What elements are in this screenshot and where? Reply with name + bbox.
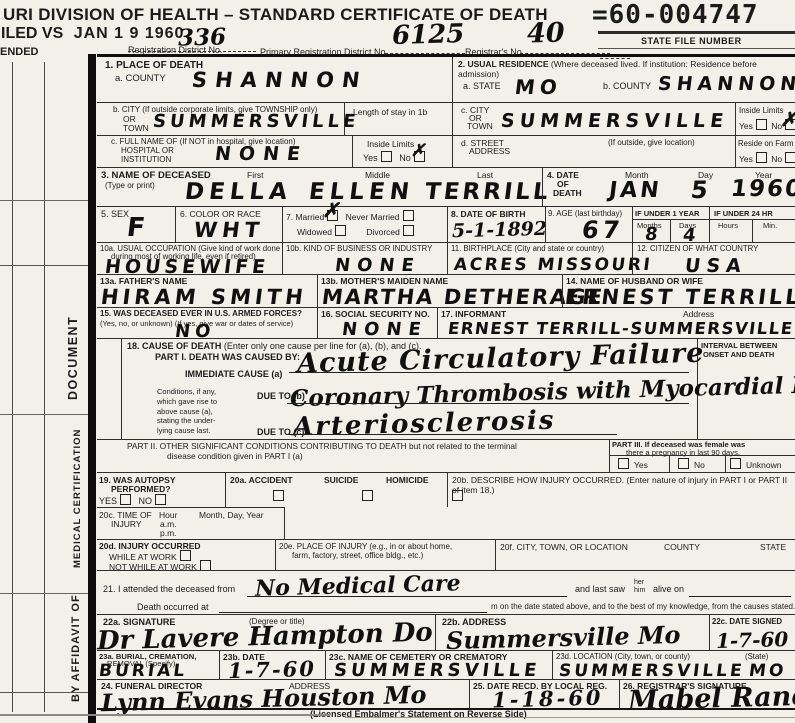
field-13b-mother: 13b. MOTHER'S MAIDEN NAME MARTHA DETHERA… bbox=[317, 274, 562, 307]
autopsy-yes-checkbox bbox=[120, 494, 131, 505]
state-file-number: =60-004747 bbox=[592, 0, 759, 30]
filed-stamp: ILED VS JAN 1 9 1960 bbox=[1, 25, 184, 43]
field-15-armed-forces: 15. WAS DECEASED EVER IN U.S. ARMED FORC… bbox=[97, 307, 317, 338]
inside-limits-boxes-1: Yes No✗ bbox=[363, 151, 430, 164]
under-24-hr-label: IF UNDER 24 HR bbox=[714, 209, 773, 218]
conditions-line-3: above cause (a), bbox=[157, 407, 257, 417]
sex-label: 5. SEX bbox=[101, 209, 129, 220]
field-under-1-year: IF UNDER 1 YEAR bbox=[632, 206, 709, 219]
inside-limits-label-2: Inside Limits bbox=[739, 106, 783, 116]
dob-value: 5-1-1892 bbox=[452, 218, 548, 242]
never-married-checkbox bbox=[403, 210, 414, 221]
cause-b-line bbox=[287, 403, 689, 404]
field-2c-inside-limits: Inside Limits Yes No✗ bbox=[735, 102, 795, 135]
cause-a-line bbox=[289, 372, 689, 373]
field-23d-cemetery-location: 23d. LOCATION (City, town, or county) (S… bbox=[552, 650, 795, 679]
month-day-year-label: Month, Day, Year bbox=[199, 510, 264, 520]
under-1-year-label: IF UNDER 1 YEAR bbox=[635, 209, 699, 218]
filed-stamp-date: JAN 1 9 1960 bbox=[74, 25, 185, 42]
informant-address-label: Address bbox=[683, 309, 714, 319]
field-2d-reside-on-farm: Reside on Farm Yes No bbox=[735, 135, 795, 167]
field-part3: PART III. If deceased was female was the… bbox=[609, 439, 795, 455]
certificate-title: URI DIVISION OF HEALTH – STANDARD CERTIF… bbox=[3, 5, 548, 25]
field-hours: Hours bbox=[709, 219, 752, 242]
date-signed-label: 22c. DATE SIGNED bbox=[712, 617, 782, 626]
state-file-rule-top bbox=[598, 31, 795, 34]
field-3-name-of-deceased: 3. NAME OF DECEASED (Type or print) Firs… bbox=[97, 167, 542, 206]
age-value: 67 bbox=[580, 216, 625, 244]
him-label: him bbox=[634, 587, 645, 595]
pregnancy-yes-label: Yes bbox=[634, 460, 648, 470]
field-22a-signature: 22a. SIGNATURE (Degree or title) Dr Lave… bbox=[97, 614, 435, 650]
pregnancy-no-checkbox bbox=[678, 458, 689, 469]
part3-unknown: Unknown bbox=[730, 458, 781, 470]
armed-forces-label-1: 15. WAS DECEASED EVER IN U.S. ARMED FORC… bbox=[100, 309, 302, 319]
field-1a-place-of-death: 1. PLACE OF DEATH a. COUNTY SHANNON bbox=[97, 57, 452, 102]
margin-line-2 bbox=[44, 62, 45, 712]
immediate-cause-label: IMMEDIATE CAUSE (a) bbox=[185, 369, 282, 380]
x-mark: ✗ bbox=[780, 107, 795, 131]
residence-county-label: b. COUNTY bbox=[603, 81, 651, 92]
field-24-funeral-director: 24. FUNERAL DIRECTOR ADDRESS Lynn Evans … bbox=[97, 679, 469, 708]
field-23b-burial-date: 23b. DATE 1-7-60 bbox=[219, 650, 325, 679]
ssn-value: NONE bbox=[341, 319, 429, 340]
filed-stamp-text: ILED VS bbox=[1, 25, 63, 42]
registrar-signature-value: Mabel Raney bbox=[628, 680, 795, 716]
hours-label: Hours bbox=[718, 221, 738, 230]
name-subtitle: (Type or print) bbox=[105, 181, 155, 191]
reg-district-value: 336 bbox=[178, 23, 227, 51]
field-25-date-received: 25. DATE RECD. BY LOCAL REG. 1-18-60 bbox=[469, 679, 619, 708]
field-20c-time-of-injury: 20c. TIME OF INJURY Hour a.m. p.m. Month… bbox=[97, 507, 285, 539]
margin-label-by-affidavit-of: BY AFFIDAVIT OF bbox=[70, 594, 82, 702]
spouse-value: ERNEST TERRILL bbox=[564, 285, 795, 309]
embalmer-note: (Licensed Embalmer's Statement on Revers… bbox=[310, 709, 527, 720]
suicide-label: SUICIDE bbox=[324, 475, 358, 485]
field-20d-injury-at-work: 20d. INJURY OCCURRED WHILE AT WORK NOT W… bbox=[97, 539, 275, 570]
conditions-line-2: which gave rise to bbox=[157, 397, 257, 407]
field-20a-accident: 20a. ACCIDENT SUICIDE HOMICIDE bbox=[225, 472, 447, 507]
autopsy-yes-label: YES bbox=[99, 496, 117, 506]
x-mark: ✗ bbox=[322, 198, 339, 222]
cause-inner-rule bbox=[121, 339, 122, 440]
cemetery-location-value: SUMMERSVILLE bbox=[558, 661, 746, 681]
field-8-date-of-birth: 8. DATE OF BIRTH 5-1-1892 bbox=[447, 206, 545, 242]
field-part2: PART II. OTHER SIGNIFICANT CONDITIONS CO… bbox=[97, 439, 609, 472]
autopsy-no-label: NO bbox=[139, 496, 153, 506]
cemetery-state-hint: (State) bbox=[745, 652, 768, 661]
scan-artifact-line-2 bbox=[345, 717, 795, 718]
marital-row-2: Widowed Divorced bbox=[297, 225, 419, 237]
reside-on-farm-boxes: Yes No bbox=[739, 152, 795, 164]
field-6-color-or-race: 6. COLOR OR RACE WHT bbox=[175, 206, 282, 242]
street-label-2: ADDRESS bbox=[469, 146, 510, 156]
field-part3-unknown: Unknown bbox=[725, 455, 795, 472]
married-checkbox: ✗ bbox=[327, 210, 338, 221]
accident-checkbox bbox=[273, 490, 284, 501]
cemetery-location-label: 23d. LOCATION (City, town, or county) bbox=[556, 652, 690, 661]
field-7-marital-status: 7. Married✗ Never Married Widowed Divorc… bbox=[282, 206, 447, 242]
cemetery-value: SUMMERSVILLE bbox=[333, 660, 542, 681]
pregnancy-unknown-label: Unknown bbox=[746, 460, 781, 470]
conditions-line-5: lying cause last. bbox=[157, 426, 257, 436]
state-value: MO bbox=[514, 75, 564, 99]
field-2c-city: c. CITY OR TOWN SUMMERSVILLE bbox=[452, 102, 735, 135]
dod-day-value: 5 bbox=[689, 176, 713, 204]
part3-yes: Yes bbox=[618, 458, 648, 470]
married-label: 7. Married bbox=[286, 212, 324, 222]
industry-label: 10b. KIND OF BUSINESS OR INDUSTRY bbox=[286, 244, 432, 253]
informant-value: ERNEST TERRILL-SUMMERSVILLE MO bbox=[447, 319, 795, 338]
interval-label-1: INTERVAL BETWEEN bbox=[701, 341, 777, 350]
min-label: Min. bbox=[763, 221, 777, 230]
field-9-age: 9. AGE (last birthday) 67 bbox=[545, 206, 632, 242]
field-1c-hospital: c. FULL NAME OF (If NOT in hospital, giv… bbox=[97, 135, 352, 167]
field-22b-address: 22b. ADDRESS Summersville Mo bbox=[435, 614, 709, 650]
father-value: HIRAM SMITH bbox=[100, 285, 309, 309]
informant-label: 17. INFORMANT bbox=[441, 309, 506, 319]
field-2d-street: d. STREET ADDRESS (If outside, give loca… bbox=[452, 135, 735, 167]
describe-injury-label: 20b. DESCRIBE HOW INJURY OCCURRED. (Ente… bbox=[452, 475, 790, 495]
birthplace-label: 11. BIRTHPLACE (City and state or countr… bbox=[451, 244, 604, 253]
hospital-label-3: INSTITUTION bbox=[121, 155, 171, 165]
dod-year-value: 1960 bbox=[729, 176, 795, 202]
yes-checkbox bbox=[381, 151, 392, 162]
form-left-border bbox=[88, 54, 96, 723]
state-file-label: STATE FILE NUMBER bbox=[641, 36, 742, 47]
part2-label-2: disease condition given in PART I (a) bbox=[167, 452, 303, 462]
burial-value: BURIAL bbox=[98, 661, 189, 681]
margin-hline-3 bbox=[0, 414, 96, 415]
field-4-date-of-death: 4. DATE OF DEATH Month Day Year JAN 5 19… bbox=[542, 167, 795, 206]
no-checkbox: ✗ bbox=[414, 151, 425, 162]
conditions-line-4: stating the under- bbox=[157, 416, 257, 426]
part3-no: No bbox=[678, 458, 705, 470]
field-11-birthplace: 11. BIRTHPLACE (City and state or countr… bbox=[447, 242, 632, 274]
birthplace-value: ACRES MISSOURI bbox=[453, 255, 654, 275]
never-married-label: Never Married bbox=[346, 212, 400, 222]
attended-line bbox=[247, 596, 567, 597]
field-1b-city: b. CITY (If outside corporate limits, gi… bbox=[97, 102, 344, 135]
causes-stated-label: m on the date stated above, and to the b… bbox=[491, 602, 795, 612]
no-checkbox bbox=[785, 152, 795, 163]
field-14-spouse: 14. NAME OF HUSBAND OR WIFE ERNEST TERRI… bbox=[562, 274, 795, 307]
field-23c-cemetery: 23c. NAME OF CEMETERY OR CREMATORY SUMME… bbox=[325, 650, 552, 679]
state-label: a. STATE bbox=[463, 81, 501, 92]
field-12-citizen: 12. CITIZEN OF WHAT COUNTRY USA bbox=[632, 242, 795, 274]
margin-label-medical-certification: MEDICAL CERTIFICATION bbox=[72, 429, 83, 568]
ssn-label: 16. SOCIAL SECURITY NO. bbox=[321, 309, 430, 319]
county-label: a. COUNTY bbox=[115, 73, 166, 84]
autopsy-label-2: PERFORMED? bbox=[111, 484, 171, 494]
primary-reg-district-value: 6125 bbox=[392, 19, 465, 51]
city-value: SUMMERSVILLE bbox=[152, 111, 361, 132]
homicide-label: HOMICIDE bbox=[386, 475, 429, 485]
field-20b-describe-injury: 20b. DESCRIBE HOW INJURY OCCURRED. (Ente… bbox=[447, 472, 795, 507]
alive-on-label: alive on bbox=[653, 584, 684, 595]
no-label: No bbox=[399, 153, 411, 163]
dod-month-value: JAN bbox=[607, 178, 663, 203]
field-months: Months 8 bbox=[632, 219, 670, 242]
reg-district-line bbox=[128, 51, 256, 52]
autopsy-boxes: YES NO bbox=[99, 494, 171, 507]
field-16-ssn: 16. SOCIAL SECURITY NO. NONE bbox=[317, 307, 437, 338]
city-town: TOWN bbox=[123, 123, 149, 133]
street-hint: (If outside, give location) bbox=[608, 138, 695, 148]
field-20f-injury-location: 20f. CITY, TOWN, OR LOCATION COUNTY STAT… bbox=[495, 539, 795, 570]
yes-label: Yes bbox=[363, 153, 378, 163]
alive-on-line bbox=[689, 596, 791, 597]
scan-artifact-line-1 bbox=[0, 714, 330, 716]
field-part3-no: No bbox=[669, 455, 725, 472]
margin-hline-1 bbox=[0, 200, 96, 201]
dod-label-3: DEATH bbox=[553, 188, 582, 198]
yes-label: Yes bbox=[739, 154, 753, 164]
state-file-rule-bottom bbox=[598, 48, 795, 49]
armed-forces-hint-1: (Yes, no, or unknown) bbox=[100, 319, 173, 328]
marital-row-1: 7. Married✗ Never Married bbox=[286, 210, 419, 222]
registrar-no-value: 40 bbox=[527, 18, 565, 50]
divorced-checkbox bbox=[403, 225, 414, 236]
autopsy-no-checkbox bbox=[155, 494, 166, 505]
widowed-label: Widowed bbox=[297, 227, 332, 237]
injury-city-label: 20f. CITY, TOWN, OR LOCATION bbox=[500, 542, 628, 552]
amended-stamp: ENDED bbox=[0, 46, 39, 58]
yes-checkbox bbox=[756, 119, 767, 130]
citizen-label: 12. CITIZEN OF WHAT COUNTRY bbox=[637, 244, 758, 253]
no-checkbox: ✗ bbox=[785, 119, 795, 130]
county-value: SHANNON bbox=[191, 68, 369, 92]
field-1c-inside-limits: Inside Limits Yes No✗ bbox=[352, 135, 452, 167]
field-20e-place-of-injury: 20e. PLACE OF INJURY (e.g., in or about … bbox=[275, 539, 495, 570]
margin-label-document: DOCUMENT bbox=[66, 316, 80, 400]
hospital-value: NONE bbox=[214, 143, 310, 165]
widowed-checkbox bbox=[335, 225, 346, 236]
divorced-label: Divorced bbox=[366, 227, 400, 237]
suicide-checkbox bbox=[362, 490, 373, 501]
pm-label: p.m. bbox=[160, 528, 177, 538]
place-of-injury-label-2: farm, factory, street, office bldg., etc… bbox=[292, 551, 423, 561]
accident-label: 20a. ACCIDENT bbox=[230, 475, 293, 485]
margin-hline-2 bbox=[0, 265, 96, 266]
time-of-injury-label-2: INJURY bbox=[111, 519, 142, 529]
conditions-line-1: Conditions, if any, bbox=[157, 387, 257, 397]
field-19-autopsy: 19. WAS AUTOPSY PERFORMED? YES NO bbox=[97, 472, 225, 507]
inside-limits-label-1: Inside Limits bbox=[367, 139, 414, 149]
first-name-value: DELLA bbox=[183, 179, 293, 205]
cause-title-b: 18. CAUSE OF DEATH bbox=[127, 341, 221, 351]
interval-label-2: ONSET AND DEATH bbox=[703, 350, 774, 359]
field-22c-date-signed: 22c. DATE SIGNED 1-7-60 bbox=[709, 614, 795, 650]
field-23a-burial: 23a. BURIAL, CREMATION, REMOVAL (Specify… bbox=[97, 650, 219, 679]
last-saw-label: and last saw bbox=[575, 584, 625, 595]
margin-line-1 bbox=[12, 62, 13, 712]
yes-label: Yes bbox=[739, 121, 753, 131]
length-of-stay-label: Length of stay in 1b bbox=[353, 107, 427, 117]
attended-label: 21. I attended the deceased from bbox=[103, 584, 235, 595]
pregnancy-yes-checkbox bbox=[618, 458, 629, 469]
pregnancy-unknown-checkbox bbox=[730, 458, 741, 469]
sex-value: F bbox=[125, 213, 150, 243]
field-10a-occupation: 10a. USUAL OCCUPATION (Give kind of work… bbox=[97, 242, 282, 274]
field-13a-father: 13a. FATHER'S NAME HIRAM SMITH bbox=[97, 274, 317, 307]
reside-on-farm-label: Reside on Farm bbox=[738, 139, 793, 148]
death-certificate-scan: URI DIVISION OF HEALTH – STANDARD CERTIF… bbox=[0, 0, 795, 723]
residence-city-town: TOWN bbox=[467, 121, 493, 131]
injury-state-label: STATE bbox=[760, 542, 786, 552]
field-under-24-hr: IF UNDER 24 HR bbox=[709, 206, 795, 219]
usual-residence-title-b: 2. USUAL RESIDENCE bbox=[458, 59, 549, 69]
injury-county-label: COUNTY bbox=[664, 542, 700, 552]
residence-county-value: SHANNON bbox=[657, 73, 795, 95]
place-of-death-title: 1. PLACE OF DEATH bbox=[105, 60, 203, 72]
field-21-attended: 21. I attended the deceased from No Medi… bbox=[97, 570, 795, 614]
field-2a-usual-residence: 2. USUAL RESIDENCE (Where deceased lived… bbox=[452, 57, 795, 102]
field-part3-yes: Yes bbox=[609, 455, 669, 472]
pregnancy-no-label: No bbox=[694, 460, 705, 470]
field-10b-industry: 10b. KIND OF BUSINESS OR INDUSTRY NONE bbox=[282, 242, 447, 274]
cause-c-line bbox=[287, 434, 617, 435]
last-name-value: TERRILL bbox=[423, 179, 552, 205]
part1-label: PART I. DEATH WAS CAUSED BY: bbox=[155, 352, 300, 363]
field-days: Days 4 bbox=[670, 219, 709, 242]
inside-limits-boxes-2: Yes No✗ bbox=[739, 119, 795, 131]
field-17-informant: 17. INFORMANT Address ERNEST TERRILL-SUM… bbox=[437, 307, 795, 338]
residence-city-value: SUMMERSVILLE bbox=[500, 110, 730, 132]
field-min: Min. bbox=[752, 219, 795, 242]
field-26-registrar-signature: 26. REGISTRAR'S SIGNATURE Mabel Raney bbox=[619, 679, 795, 708]
field-5-sex: 5. SEX F bbox=[97, 206, 175, 242]
race-value: WHT bbox=[193, 218, 266, 242]
cause-c-value: Arteriosclerosis bbox=[293, 406, 556, 443]
death-occurred-line bbox=[219, 612, 487, 613]
conditions-note: Conditions, if any, which gave rise to a… bbox=[157, 387, 257, 436]
field-18-cause-of-death: INTERVAL BETWEEN ONSET AND DEATH 18. CAU… bbox=[97, 338, 795, 439]
field-length-of-stay: Length of stay in 1b bbox=[344, 102, 452, 135]
no-label: No bbox=[771, 154, 782, 164]
cemetery-state-value: MO bbox=[748, 661, 788, 681]
industry-value: NONE bbox=[334, 255, 422, 276]
certificate-form: 1. PLACE OF DEATH a. COUNTY SHANNON b. C… bbox=[97, 54, 795, 710]
death-occurred-label: Death occurred at bbox=[137, 602, 209, 613]
x-mark: ✗ bbox=[411, 141, 425, 161]
yes-checkbox bbox=[756, 152, 767, 163]
